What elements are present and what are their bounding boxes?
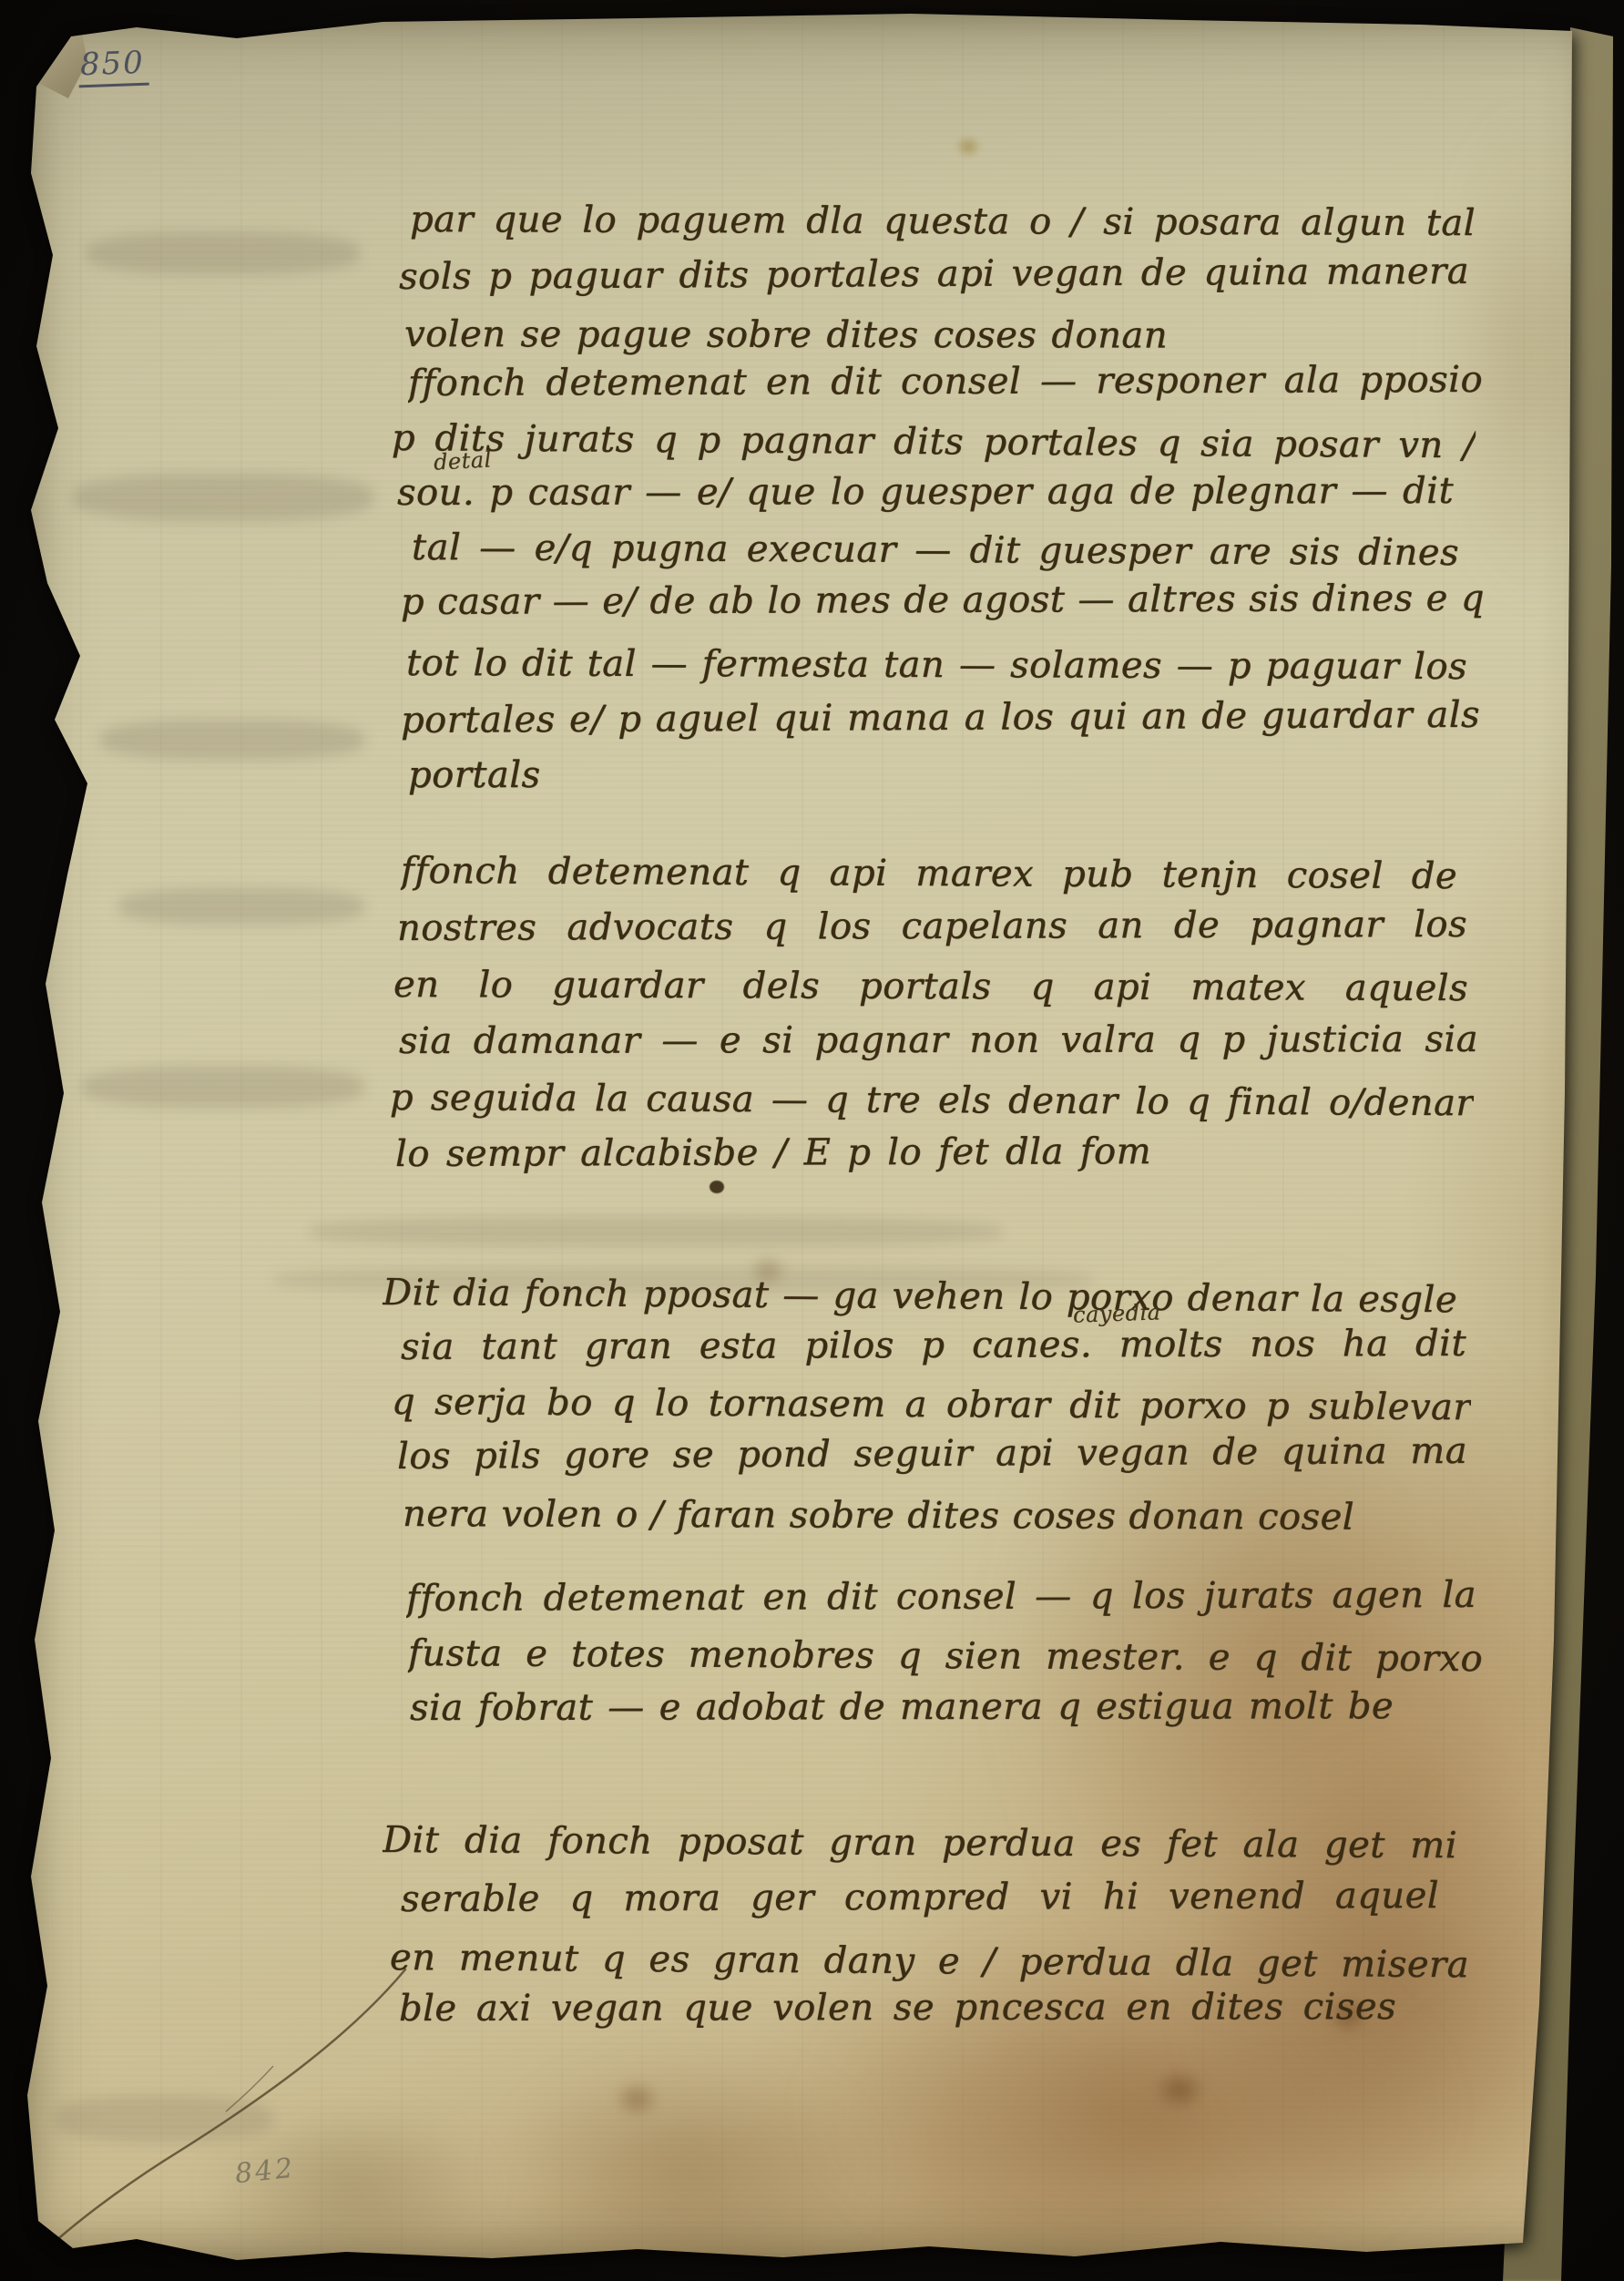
showthrough (73, 474, 373, 521)
foxing-spot (612, 2079, 661, 2119)
manuscript-scan: 850 842 par que lo paguem dla questa o /… (0, 0, 1624, 2281)
manuscript-line: nostres advocats q los capelans an de pa… (397, 898, 1467, 955)
showthrough (100, 720, 364, 760)
stain (492, 2050, 883, 2281)
manuscript-line: ble axi vegan que volen se pncesca en di… (399, 1980, 1396, 2035)
manuscript-line: par que lo paguem dla questa o / si posa… (410, 193, 1476, 250)
manuscript-line: tot lo dit tal — fermesta tan — solames … (406, 637, 1467, 693)
folio-number-bottom: 842 (233, 2153, 297, 2191)
manuscript-line: los pils gore se pond seguir api vegan d… (397, 1425, 1467, 1483)
foxing-spot (1152, 2068, 1207, 2112)
manuscript-line: sia fobrat — e adobat de manera q estigu… (410, 1680, 1394, 1734)
manuscript-line: lo sempr alcabisbe / E p lo fet dla fom … (395, 1125, 1151, 1181)
manuscript-line: ffonch detemenat en dit consel — respone… (408, 353, 1483, 410)
manuscript-line: ffonch detemenat q api marex pub tenjn c… (401, 844, 1457, 903)
manuscript-line: sia tant gran esta pilos p canes. molts … (401, 1317, 1466, 1374)
manuscript-page: 850 842 par que lo paguem dla questa o /… (0, 0, 1624, 2281)
manuscript-line: fusta e totes menobres q sien mester. e … (408, 1627, 1483, 1685)
manuscript-line: nera volen o / faran sobre dites coses d… (403, 1488, 1354, 1544)
showthrough (55, 2095, 273, 2143)
manuscript-line: sia damanar — e si pagnar non valra q p … (399, 1013, 1478, 1068)
paper-wrap: 850 842 par que lo paguem dla questa o /… (0, 0, 1624, 2281)
manuscript-line: ffonch detemenat en dit consel — q los j… (406, 1569, 1476, 1625)
manuscript-line: portales e/ p aguel qui mana a los qui a… (401, 689, 1480, 747)
manuscript-line: tal — e/q pugna execuar — dit guesper ar… (412, 521, 1459, 579)
manuscript-line: portals (408, 749, 541, 802)
manuscript-line: serable q mora ger compred vi hi venend … (401, 1869, 1439, 1926)
ink-blot (710, 1181, 724, 1193)
manuscript-line: Dit dia fonch pposat gran perdua es fet … (383, 1814, 1457, 1872)
manuscript-line: p seguida la causa — q tre els denar lo … (390, 1071, 1474, 1130)
foxing-spot (955, 135, 982, 159)
folio-number-top: 850 (77, 45, 148, 88)
showthrough (118, 888, 364, 925)
manuscript-line: p dits jurats q p pagnar dits portales q… (392, 412, 1476, 472)
showthrough (310, 1216, 1002, 1247)
manuscript-line: p casar — e/ de ab lo mes de agost — alt… (401, 572, 1485, 629)
manuscript-line: en lo guardar dels portals q api matex a… (393, 958, 1468, 1015)
showthrough (82, 1066, 364, 1108)
manuscript-line: sou. p casar — e/ que lo guesper aga de … (397, 465, 1454, 519)
manuscript-line: sols p paguar dits portales api vegan de… (399, 245, 1469, 303)
showthrough (87, 232, 360, 274)
